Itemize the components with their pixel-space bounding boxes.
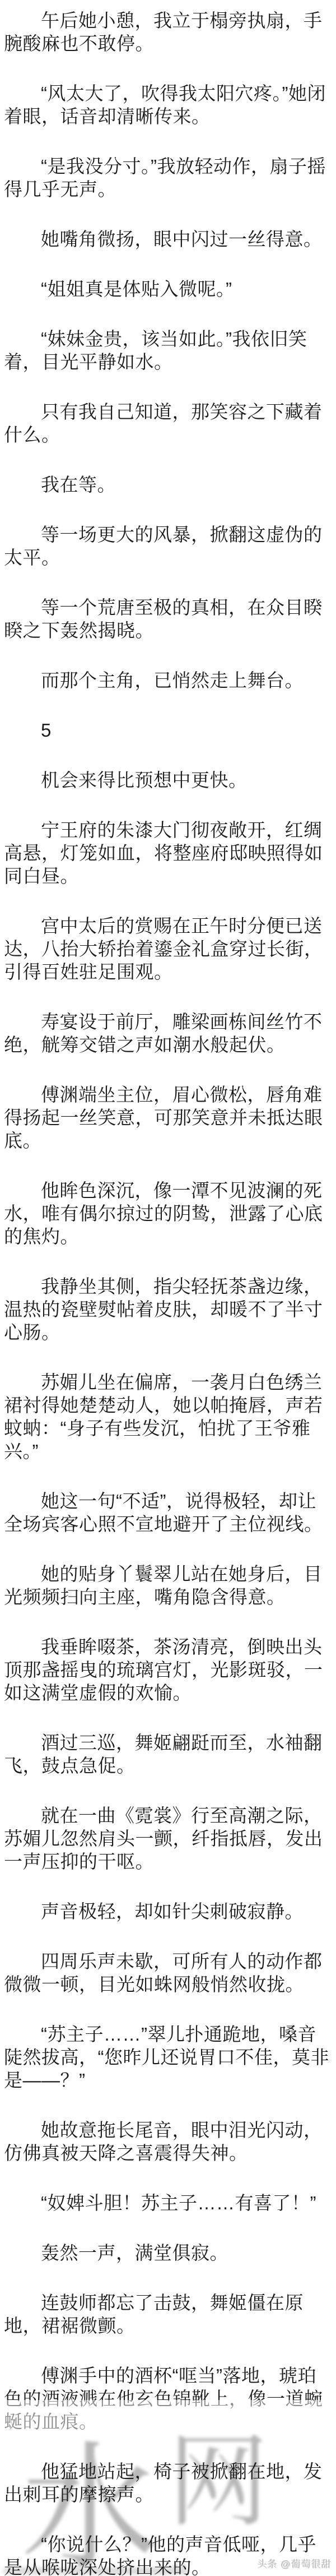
novel-paragraph: 等一场更大的风暴，掀翻这虚伪的太平。 bbox=[4, 523, 332, 569]
novel-paragraph: 而那个主角，已悄然走上舞台。 bbox=[4, 669, 332, 692]
novel-paragraph: 机会来得比预想中更快。 bbox=[4, 769, 332, 792]
novel-paragraph: 他猛地站起，椅子被掀翻在地，发出刺耳的摩擦声。 bbox=[4, 2460, 332, 2506]
novel-paragraph: “姐姐真是体贴入微呢。” bbox=[4, 278, 332, 300]
novel-paragraph: 就在一曲《霓裳》行至高潮之际，苏媚儿忽然肩头一颤，纤指抵唇，发出一声压抑的干呕。 bbox=[4, 1804, 332, 1873]
novel-paragraph: 轰然一声，满堂俱寂。 bbox=[4, 2241, 332, 2264]
novel-paragraph: 我垂眸啜茶，茶汤清亮，倒映出头顶那盏摇曳的琉璃宫灯，光影斑驳，一如这满堂虚假的欢… bbox=[4, 1635, 332, 1704]
novel-paragraph: 她的贴身丫鬟翠儿站在她身后，目光频频扫向主座，嘴角隐含得意。 bbox=[4, 1562, 332, 1608]
novel-paragraph: 5 bbox=[4, 719, 332, 742]
novel-paragraph: “风太大了，吹得我太阳穴疼。”她闭着眼，话音却清晰传来。 bbox=[4, 82, 332, 128]
novel-paragraph: 我静坐其侧，指尖轻抚茶盏边缘，温热的瓷壁熨帖着皮肤，却暖不了半寸心肠。 bbox=[4, 1275, 332, 1344]
novel-paragraph: 只有我自己知道，那笑容之下藏着什么。 bbox=[4, 400, 332, 446]
novel-paragraph: 傅渊端坐主位，眉心微松，唇角难得扬起一丝笑意，可那笑意并未抵达眼底。 bbox=[4, 1083, 332, 1152]
novel-paragraph: 她嘴角微扬，眼中闪过一丝得意。 bbox=[4, 228, 332, 251]
novel-paragraph: 苏媚儿坐在偏席，一袭月白色绣兰裙衬得她楚楚动人，她以帕掩唇，声若蚊蚋：“身子有些… bbox=[4, 1371, 332, 1463]
novel-paragraph: 午后她小憩，我立于榻旁执扇，手腕酸麻也不敢停。 bbox=[4, 9, 332, 55]
novel-paragraph: “苏主子……”翠儿扑通跪地，嗓音陡然拔高，“您昨儿还说胃口不佳，莫非是——？” bbox=[4, 2023, 332, 2092]
novel-text: 午后她小憩，我立于榻旁执扇，手腕酸麻也不敢停。“风太大了，吹得我太阳穴疼。”她闭… bbox=[0, 0, 336, 2576]
novel-paragraph: 她这一句“不适”，说得极轻，却让全场宾客心照不宣地避开了主位视线。 bbox=[4, 1490, 332, 1536]
novel-paragraph: “是我没分寸。”我放轻动作，扇子摇得几乎无声。 bbox=[4, 155, 332, 201]
novel-paragraph: 连鼓师都忘了击鼓，舞姬僵在原地，裙裾微颤。 bbox=[4, 2291, 332, 2337]
novel-paragraph: 四周乐声未歇，可所有人的动作都微微一顿，目光如蛛网般悄然收拢。 bbox=[4, 1950, 332, 1996]
novel-paragraph: 声音极轻，却如针尖刺破寂静。 bbox=[4, 1900, 332, 1923]
novel-paragraph: 寿宴设于前厅，雕梁画栋间丝竹不绝，觥筹交错之声如潮水般起伏。 bbox=[4, 1010, 332, 1056]
novel-paragraph: 宫中太后的赏赐在正午时分便已送达，八抬大轿抬着鎏金礼盒穿过长街，引得百姓驻足围观… bbox=[4, 914, 332, 983]
novel-paragraph: “妹妹金贵，该当如此。”我依旧笑着，目光平静如水。 bbox=[4, 327, 332, 373]
novel-paragraph: 酒过三巡，舞姬翩跹而至，水袖翻飞，鼓点急促。 bbox=[4, 1731, 332, 1777]
novel-paragraph: 他眸色深沉，像一潭不见波澜的死水，唯有偶尔掠过的阴鸷，泄露了心底的焦灼。 bbox=[4, 1179, 332, 1248]
novel-paragraph: 宁王府的朱漆大门彻夜敞开，红绸高悬，灯笼如血，将整座府邸映照得如同白昼。 bbox=[4, 818, 332, 887]
novel-paragraph: 我在等。 bbox=[4, 473, 332, 496]
novel-paragraph: “奴婢斗胆！苏主子……有喜了！” bbox=[4, 2191, 332, 2214]
novel-paragraph: 傅渊手中的酒杯“哐当”落地，琥珀色的酒液溅在他玄色锦靴上，像一道蜿蜒的血痕。 bbox=[4, 2364, 332, 2433]
novel-paragraph: 等一个荒唐至极的真相，在众目睽睽之下轰然揭晓。 bbox=[4, 596, 332, 642]
novel-reader-page[interactable]: 午后她小憩，我立于榻旁执扇，手腕酸麻也不敢停。“风太大了，吹得我太阳穴疼。”她闭… bbox=[0, 0, 336, 2576]
novel-paragraph: 她故意拖长尾音，眼中泪光闪动，仿佛真被天降之喜震得失神。 bbox=[4, 2119, 332, 2165]
novel-paragraph: “你说什么？”他的声音低哑，几乎是从喉咙深处挤出来的。 bbox=[4, 2533, 332, 2576]
